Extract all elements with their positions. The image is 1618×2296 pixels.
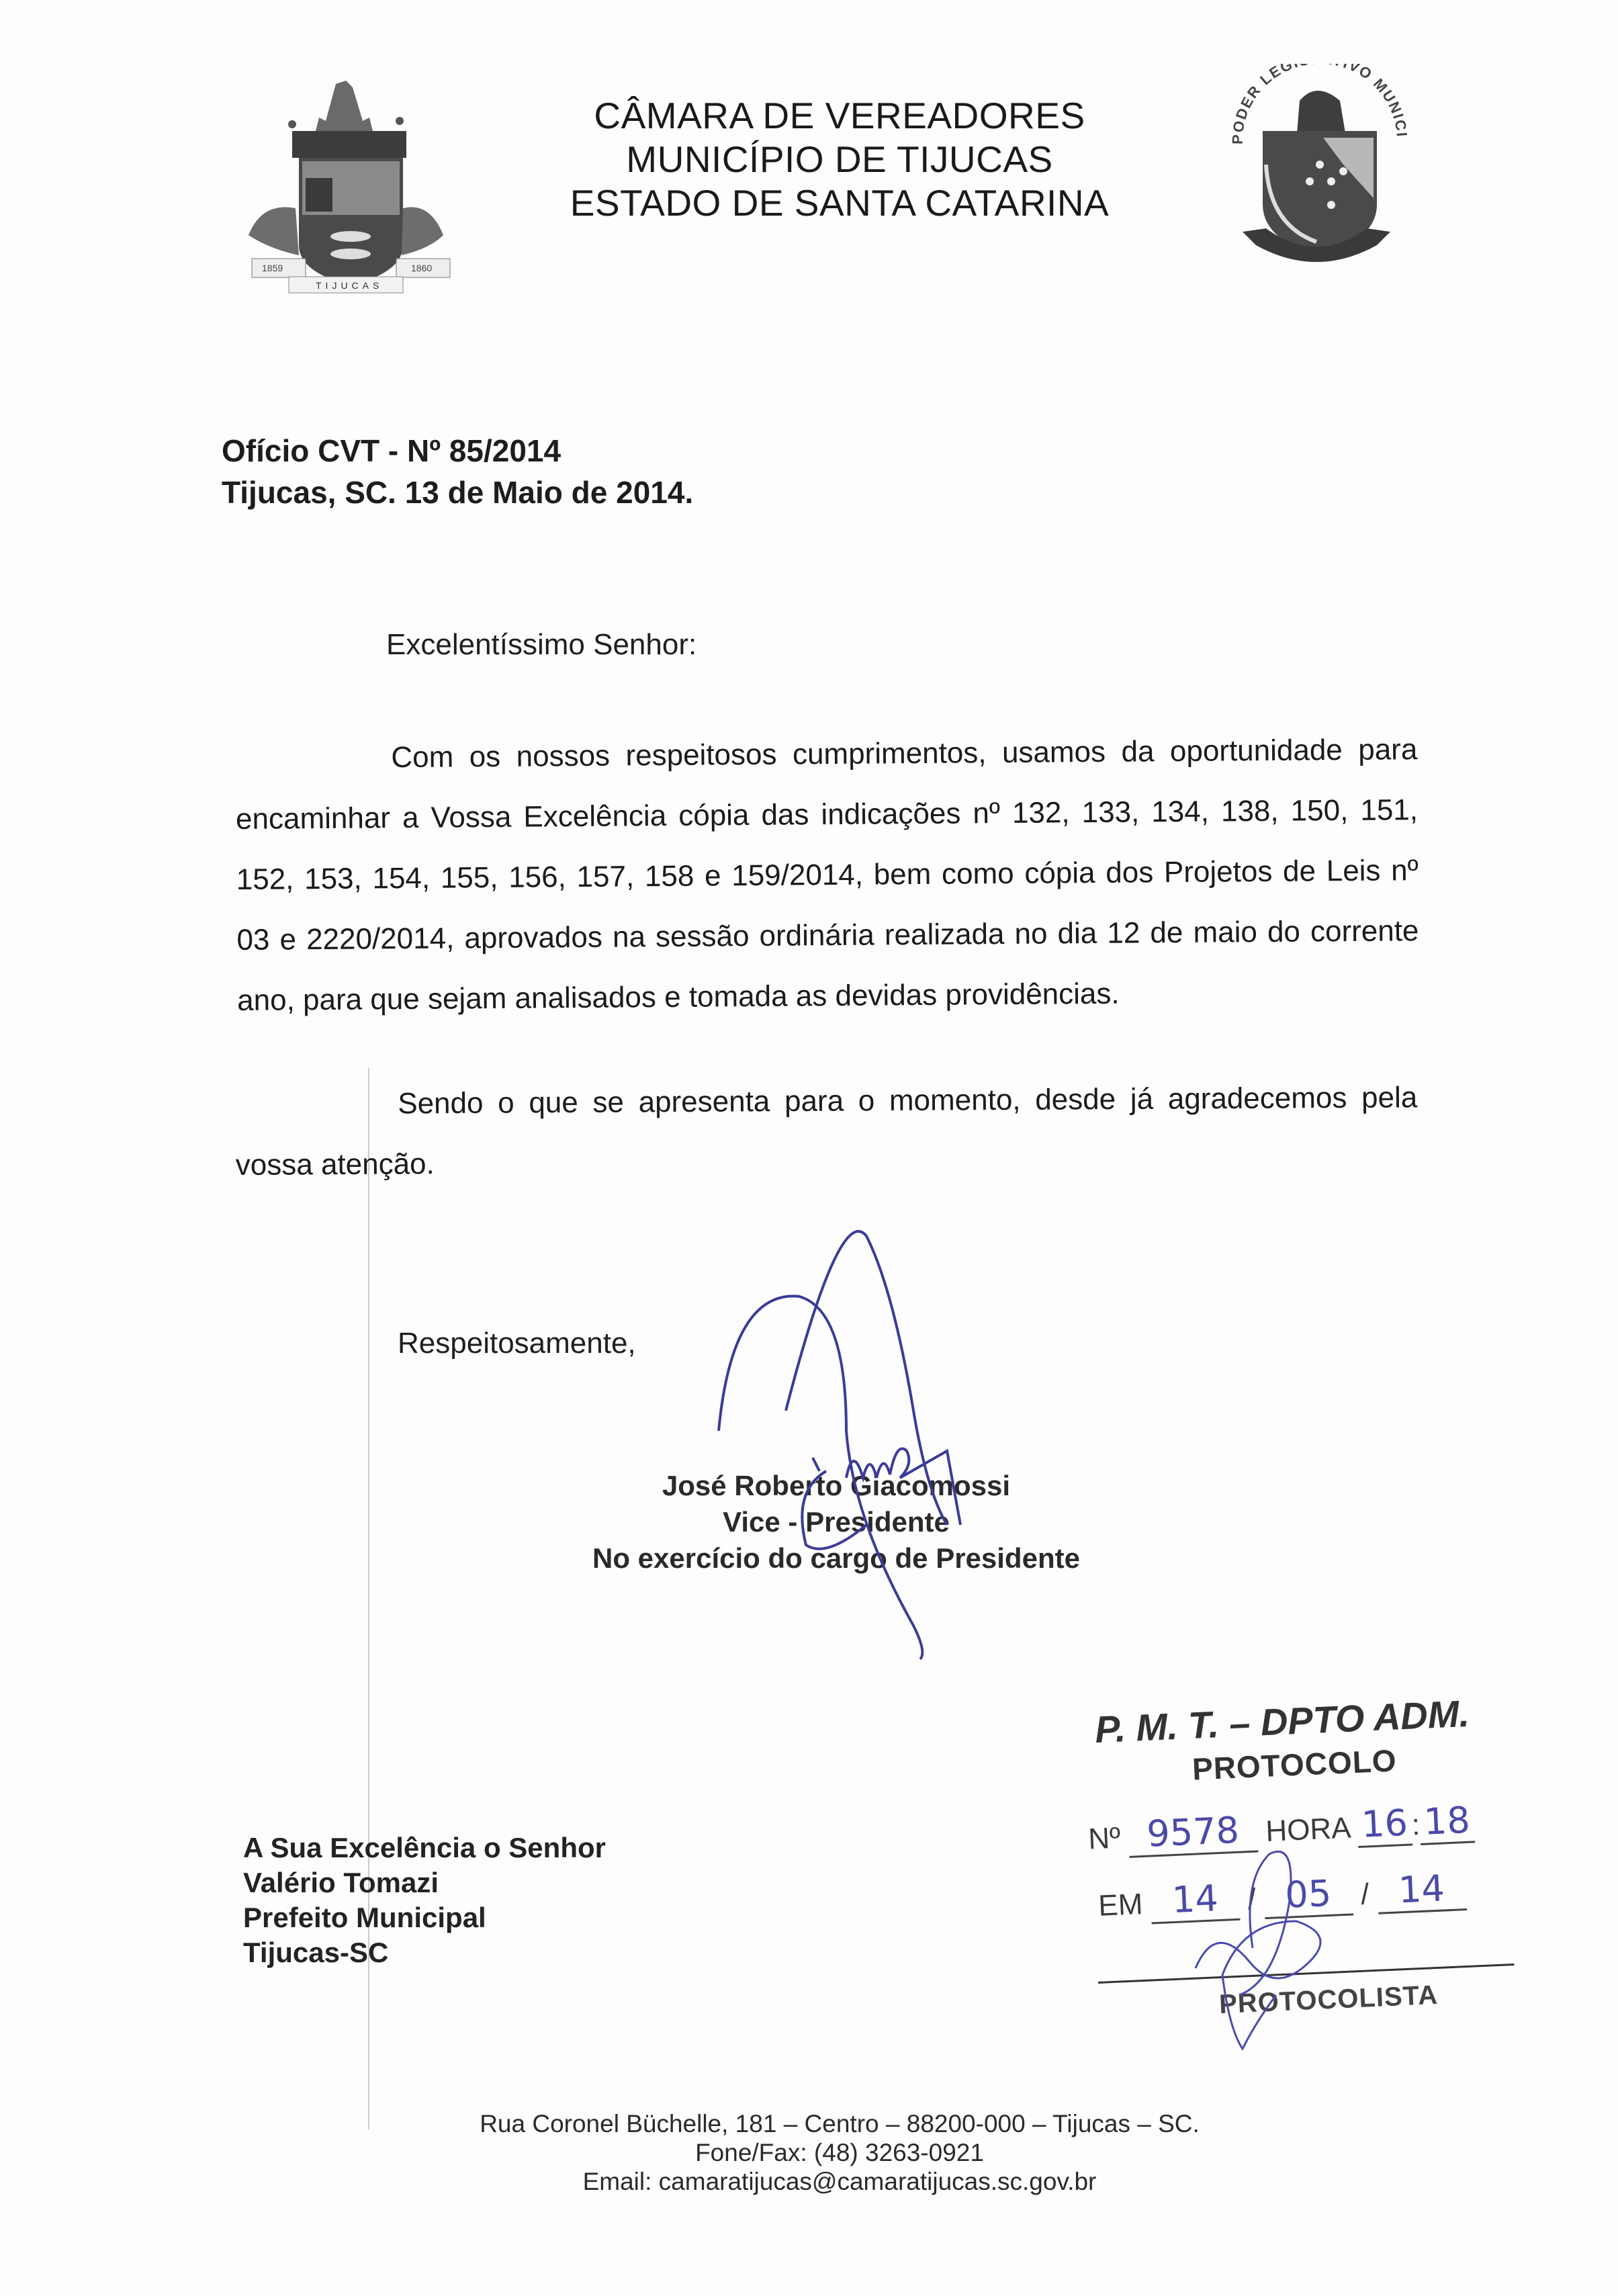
recipient-line-4: Tijucas-SC bbox=[243, 1935, 606, 1970]
svg-text:TIJUCAS: TIJUCAS bbox=[316, 280, 383, 291]
letterhead-footer: Rua Coronel Büchelle, 181 – Centro – 882… bbox=[416, 2109, 1263, 2196]
place-date: Tijucas, SC. 13 de Maio de 2014. bbox=[222, 472, 693, 513]
legislative-crest-icon: PODER LEGISLATIVO MUNICIPAL bbox=[1216, 64, 1417, 272]
footer-address: Rua Coronel Büchelle, 181 – Centro – 882… bbox=[416, 2109, 1263, 2138]
body-paragraph-1: Com os nossos respeitosos cumprimentos, … bbox=[235, 719, 1419, 1031]
svg-text:1860: 1860 bbox=[411, 263, 432, 273]
protocol-stamp: P. M. T. – DPTO ADM. PROTOCOLO Nº 9578 H… bbox=[1075, 1679, 1545, 2056]
scan-fold-line bbox=[368, 1068, 369, 2129]
body-paragraph-2: Sendo o que se apresenta para o momento,… bbox=[235, 1067, 1418, 1196]
handwritten-signature-icon bbox=[692, 1209, 1028, 1666]
protocolist-initials-icon bbox=[1075, 1679, 1545, 2056]
recipient-block: A Sua Excelência o Senhor Valério Tomazi… bbox=[243, 1830, 606, 1970]
document-reference: Ofício CVT - Nº 85/2014 Tijucas, SC. 13 … bbox=[222, 430, 693, 513]
footer-phone: Fone/Fax: (48) 3263-0921 bbox=[416, 2138, 1263, 2167]
recipient-line-2: Valério Tomazi bbox=[243, 1865, 606, 1900]
footer-email: Email: camaratijucas@camaratijucas.sc.go… bbox=[416, 2167, 1263, 2196]
institution-header: CÂMARA DE VEREADORES MUNICÍPIO DE TIJUCA… bbox=[510, 94, 1169, 225]
closing: Respeitosamente, bbox=[398, 1327, 636, 1360]
recipient-line-1: A Sua Excelência o Senhor bbox=[243, 1830, 606, 1865]
recipient-line-3: Prefeito Municipal bbox=[243, 1900, 606, 1935]
salutation: Excelentíssimo Senhor: bbox=[386, 628, 696, 662]
header-line-3: ESTADO DE SANTA CATARINA bbox=[510, 181, 1169, 225]
header-line-2: MUNICÍPIO DE TIJUCAS bbox=[510, 138, 1169, 181]
header-line-1: CÂMARA DE VEREADORES bbox=[510, 94, 1169, 138]
municipal-coat-of-arms-icon: 1859 1860 TIJUCAS bbox=[235, 81, 457, 296]
oficio-number: Ofício CVT - Nº 85/2014 bbox=[222, 430, 693, 472]
svg-text:1859: 1859 bbox=[262, 263, 283, 273]
